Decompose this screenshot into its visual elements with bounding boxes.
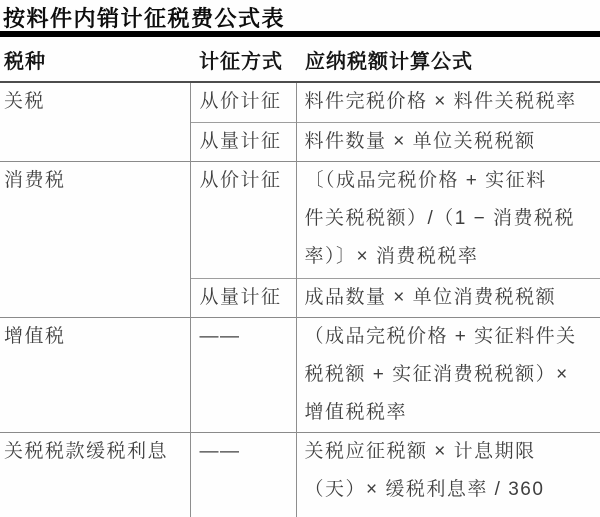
cell-method-advalorem: 从价计征 [190,82,296,122]
tax-formula-table: 税种 计征方式 应纳税额计算公式 关税 从价计征 料件完税价格 × 料件关税税率… [0,37,600,517]
cell-formula-consumption-advalorem: 〔（成品完税价格 + 实征料 件关税税额）/（1 − 消费税税 率）〕× 消费税… [296,161,600,278]
row-deferred-interest: 关税税款缓税利息 —— 关税应征税额 × 计息期限 （天）× 缓税利息率 / 3… [0,432,600,517]
row-consumption-advalorem: 消费税 从价计征 〔（成品完税价格 + 实征料 件关税税额）/（1 − 消费税税… [0,161,600,278]
cell-formula-vat: （成品完税价格 + 实征料件关 税税额 + 实征消费税税额）× 增值税税率 [296,317,600,432]
table-title: 按料件内销计征税费公式表 [3,2,285,33]
header-formula: 应纳税额计算公式 [296,37,600,82]
cell-method-specific: 从量计征 [190,122,296,161]
document-page: 按料件内销计征税费公式表 税种 计征方式 应纳税额计算公式 关税 从价计征 料件… [0,0,600,517]
row-vat: 增值税 —— （成品完税价格 + 实征料件关 税税额 + 实征消费税税额）× 增… [0,317,600,432]
cell-formula-consumption-specific: 成品数量 × 单位消费税税额 [296,278,600,317]
row-customs-advalorem: 关税 从价计征 料件完税价格 × 料件关税税率 [0,82,600,122]
header-method: 计征方式 [190,37,296,82]
cell-formula-customs-advalorem: 料件完税价格 × 料件关税税率 [296,82,600,122]
cell-formula-customs-specific: 料件数量 × 单位关税税额 [296,122,600,161]
cell-formula-deferred-interest: 关税应征税额 × 计息期限 （天）× 缓税利息率 / 360 [296,432,600,517]
cell-tax-deferred-interest: 关税税款缓税利息 [0,432,190,517]
header-tax-type: 税种 [0,37,190,82]
cell-tax-consumption: 消费税 [0,161,190,317]
cell-method-dash: —— [190,317,296,432]
cell-method-specific: 从量计征 [190,278,296,317]
header-row: 税种 计征方式 应纳税额计算公式 [0,37,600,82]
cell-method-dash: —— [190,432,296,517]
cell-method-advalorem: 从价计征 [190,161,296,278]
cell-tax-vat: 增值税 [0,317,190,432]
cell-tax-customs: 关税 [0,82,190,161]
